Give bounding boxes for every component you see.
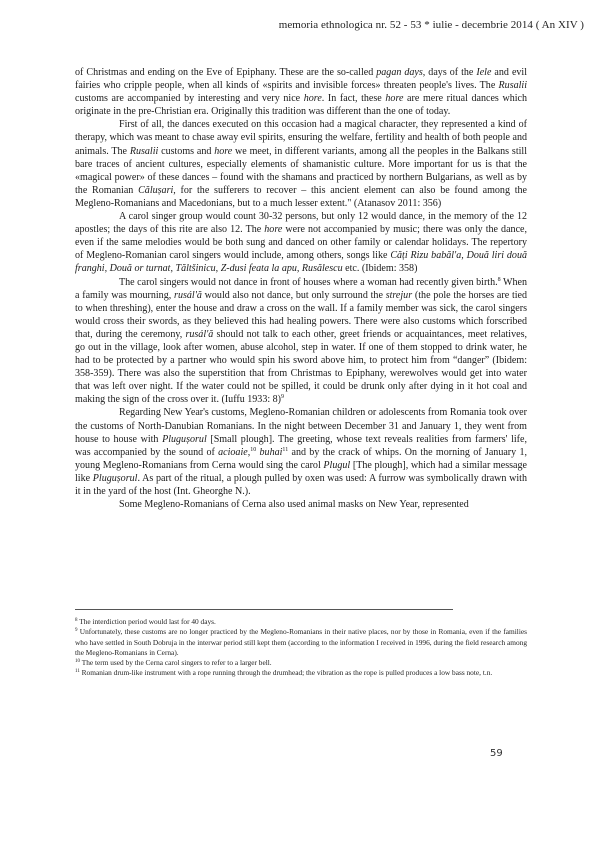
italic-term: buhai bbox=[260, 447, 283, 458]
italic-term: rusál'ă bbox=[185, 329, 213, 340]
text-run: customs and bbox=[158, 146, 214, 157]
text-run: . As part of the ritual, a plough pulled… bbox=[75, 473, 527, 497]
running-header: memoria ethnologica nr. 52 - 53 * iulie … bbox=[0, 19, 584, 31]
text-run: , days of the bbox=[423, 67, 477, 78]
text-run: . In fact, these bbox=[322, 93, 386, 104]
footnote-10: 10 The term used by the Cerna carol sing… bbox=[75, 658, 527, 668]
italic-term: Plugușorul bbox=[162, 434, 207, 445]
text-run: would also not dance, but only surround … bbox=[202, 290, 386, 301]
paragraph: of Christmas and ending on the Eve of Ep… bbox=[75, 66, 527, 118]
text-run: Some Megleno-Romanians of Cerna also use… bbox=[119, 499, 469, 510]
footnotes: 8 The interdiction period would last for… bbox=[75, 617, 527, 679]
text-run: of Christmas and ending on the Eve of Ep… bbox=[75, 67, 376, 78]
footnote-text: The interdiction period would last for 4… bbox=[78, 617, 216, 626]
paragraph: The carol singers would not dance in fro… bbox=[75, 276, 527, 407]
footnote-text: The term used by the Cerna carol singers… bbox=[80, 658, 272, 667]
italic-term: Plugul bbox=[323, 460, 350, 471]
italic-term: pagan days bbox=[376, 67, 423, 78]
italic-term: acioaie bbox=[218, 447, 248, 458]
text-run: customs are accompanied by interesting a… bbox=[75, 93, 304, 104]
footnote-8: 8 The interdiction period would last for… bbox=[75, 617, 527, 627]
italic-term: strejur bbox=[386, 290, 412, 301]
footnote-text: Unfortunately, these customs are no long… bbox=[75, 627, 527, 657]
text-run: should not talk to each other, greet fri… bbox=[75, 329, 527, 405]
italic-term: hore bbox=[304, 93, 322, 104]
italic-term: Rusalii bbox=[499, 80, 527, 91]
italic-term: Plugușorul bbox=[93, 473, 138, 484]
page-number: 59 bbox=[490, 748, 503, 759]
italic-term: hore bbox=[214, 146, 232, 157]
text-run: The carol singers would not dance in fro… bbox=[119, 277, 498, 288]
footnote-reference[interactable]: 9 bbox=[281, 394, 284, 400]
italic-term: Călușari bbox=[138, 185, 173, 196]
italic-term: Iele bbox=[476, 67, 491, 78]
footnote-divider bbox=[75, 609, 453, 610]
paragraph: First of all, the dances executed on thi… bbox=[75, 118, 527, 210]
italic-term: rusál'ă bbox=[174, 290, 202, 301]
footnote-11: 11 Romanian drum-like instrument with a … bbox=[75, 668, 527, 678]
paragraph: Regarding New Year's customs, Megleno-Ro… bbox=[75, 406, 527, 498]
body-text: of Christmas and ending on the Eve of Ep… bbox=[75, 66, 527, 511]
italic-term: hore bbox=[264, 224, 282, 235]
italic-term: hore bbox=[385, 93, 403, 104]
footnote-9: 9 Unfortunately, these customs are no lo… bbox=[75, 627, 527, 658]
text-run: etc. (Ibidem: 358) bbox=[343, 263, 418, 274]
paragraph: A carol singer group would count 30-32 p… bbox=[75, 210, 527, 275]
italic-term: Rusalii bbox=[130, 146, 158, 157]
footnote-text: Romanian drum-like instrument with a rop… bbox=[80, 668, 492, 677]
paragraph: Some Megleno-Romanians of Cerna also use… bbox=[75, 498, 527, 511]
